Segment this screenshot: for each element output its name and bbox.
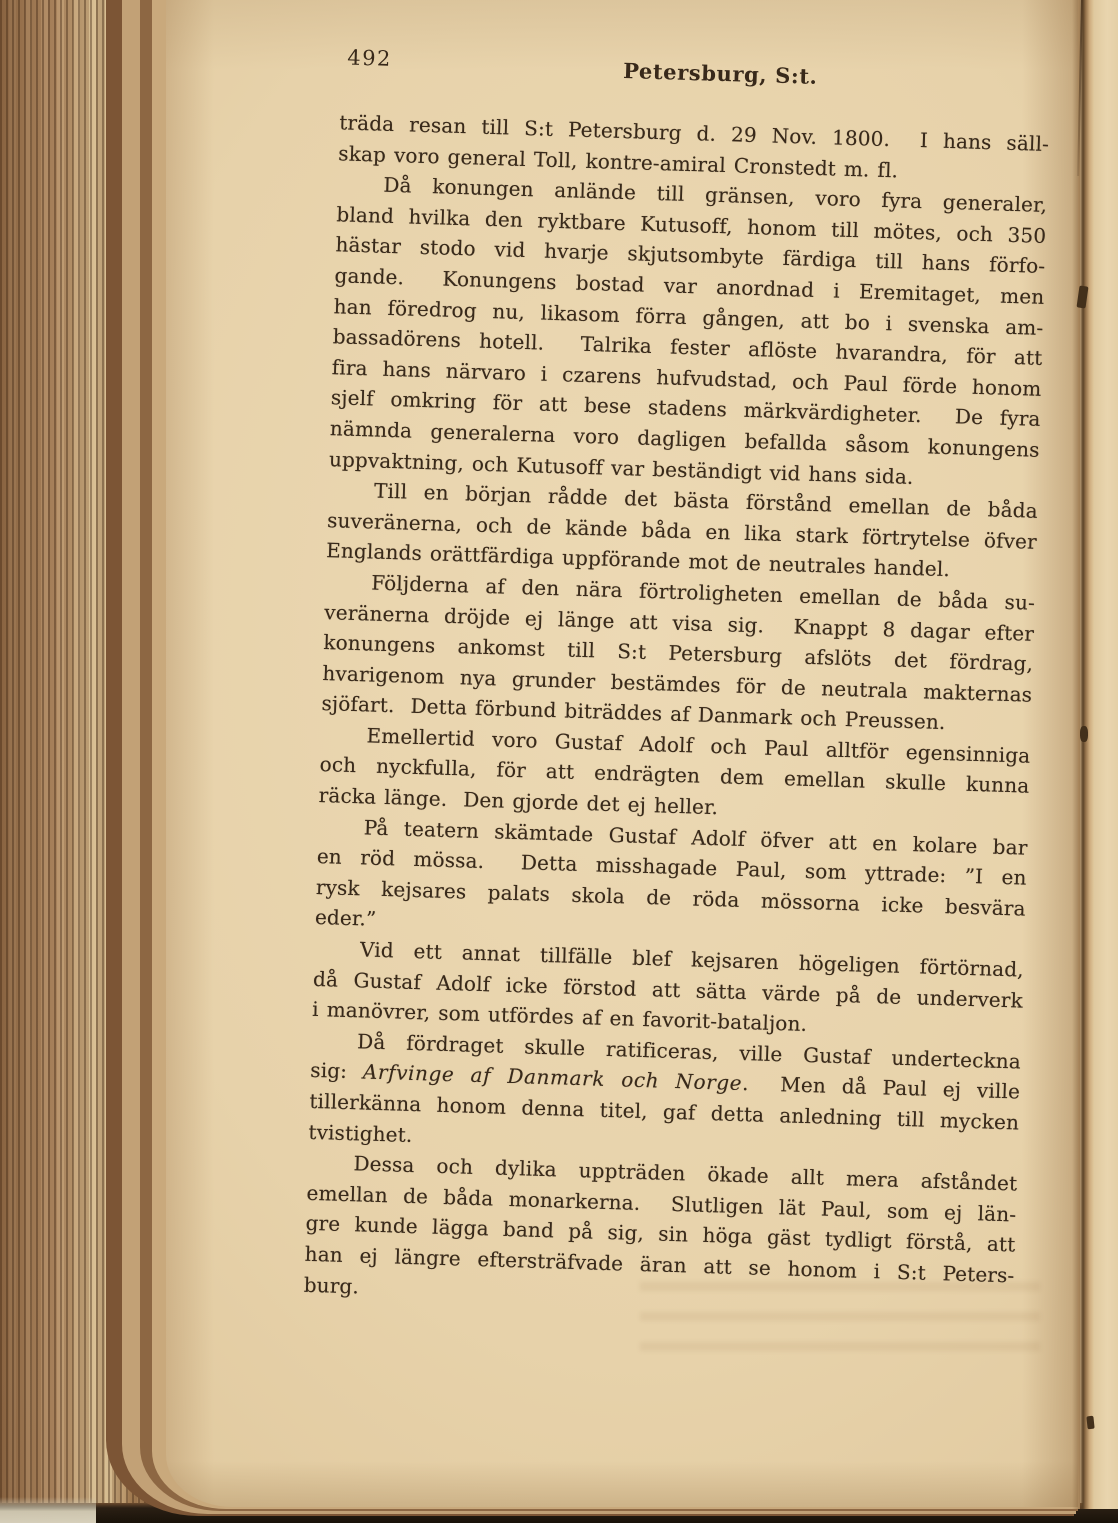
running-head-title: Petersburg, S:t. <box>623 58 818 89</box>
page-body: träda resan till S:t Petersburg d. 29 No… <box>303 107 1049 1321</box>
table-surface-corner <box>0 1497 96 1523</box>
page-text: 492 Petersburg, S:t. träda resan till S:… <box>259 34 1053 1322</box>
text-segment: sig: <box>310 1058 363 1084</box>
text-segment: . Men då Paul ej ville <box>742 1071 1021 1103</box>
page-number: 492 <box>347 46 392 71</box>
page-edge-notch <box>1080 726 1088 742</box>
page-edge-notch <box>1086 1416 1094 1430</box>
book-scan-photo: { "page": { "number": "492", "running_he… <box>0 0 1118 1523</box>
page-edge-shadow <box>1072 0 1094 1509</box>
next-page-sliver <box>1094 0 1118 1509</box>
